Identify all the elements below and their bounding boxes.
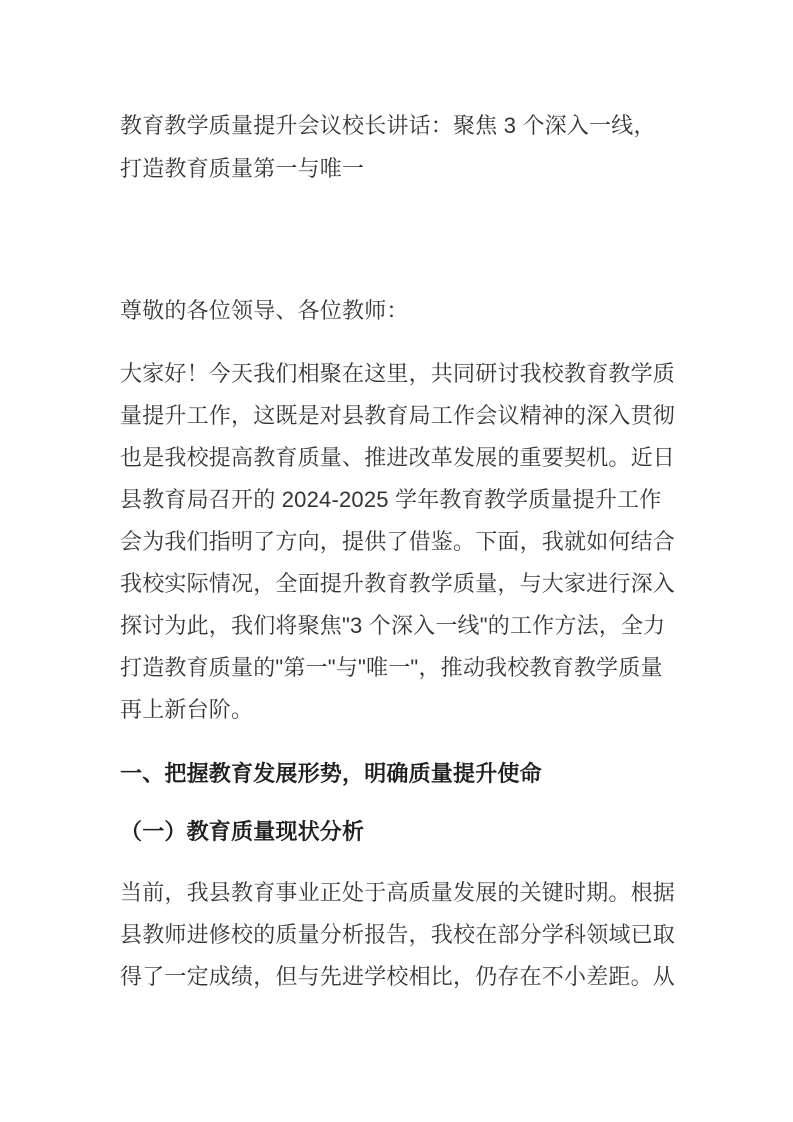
section-1-subsection-1-heading: （一）教育质量现状分析 bbox=[120, 810, 677, 854]
opening-paragraph: 大家好！今天我们相聚在这里，共同研讨我校教育教学质量提升工作，这既是对县教育局工… bbox=[120, 353, 677, 731]
document-page: 教育教学质量提升会议校长讲话：聚焦 3 个深入一线，打造教育质量第一与唯一 尊敬… bbox=[0, 0, 793, 1122]
document-title: 教育教学质量提升会议校长讲话：聚焦 3 个深入一线，打造教育质量第一与唯一 bbox=[120, 104, 677, 190]
quality-status-paragraph: 当前，我县教育事业正处于高质量发展的关键时期。根据县教师进修校的质量分析报告，我… bbox=[120, 872, 677, 998]
salutation-line: 尊敬的各位领导、各位教师： bbox=[120, 290, 677, 332]
section-1-heading: 一、把握教育发展形势，明确质量提升使命 bbox=[120, 752, 677, 796]
